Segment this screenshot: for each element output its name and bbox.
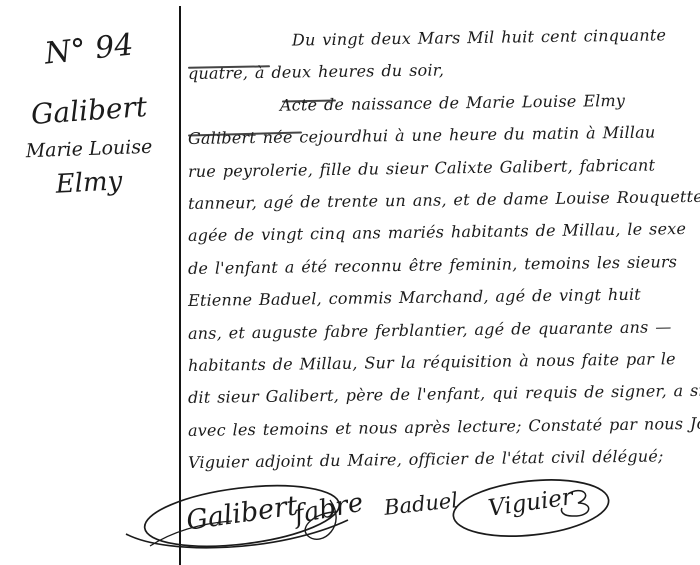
- margin-rule: [179, 6, 181, 565]
- manuscript-line: Viguier adjoint du Maire, officier de l'…: [188, 440, 696, 479]
- manuscript-body: Du vingt deux Mars Mil huit cent cinquan…: [188, 26, 696, 479]
- signature-baduel: Baduel: [383, 488, 459, 520]
- birth-record-scan: N° 94 Galibert Marie Louise Elmy Du ving…: [0, 0, 700, 565]
- act-number: N° 94: [0, 23, 179, 76]
- margin-surname: Galibert: [0, 88, 179, 133]
- margin-extra-name: Elmy: [0, 163, 179, 202]
- signature-fabre: fabre: [292, 488, 366, 531]
- signature-galibert: Galibert: [184, 490, 299, 536]
- margin-given-names: Marie Louise: [0, 135, 178, 163]
- signature-viguier: Viguier: [487, 484, 575, 522]
